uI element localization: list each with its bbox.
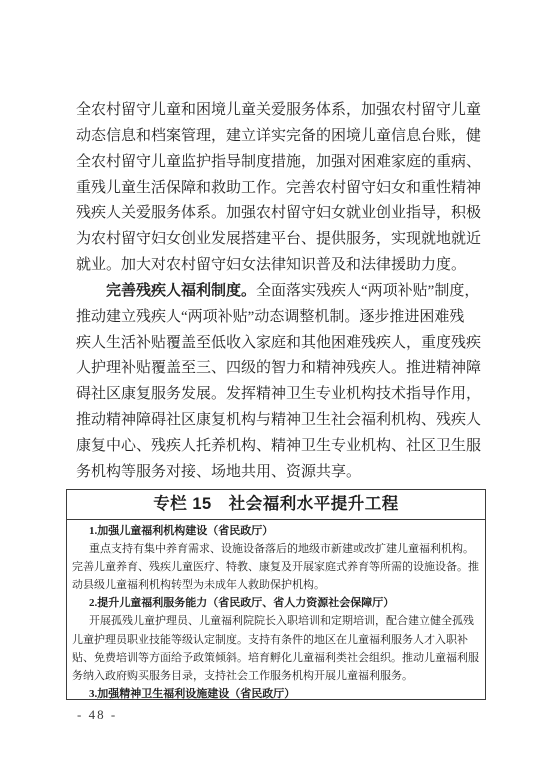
panel-item-heading: 2.提升儿童福利服务能力（省民政厅、省人力资源社会保障厅） xyxy=(72,594,480,612)
panel-text-line: 儿童护理员职业技能等级认定制度。支持有条件的地区在儿童福利服务人才入职补 xyxy=(72,631,480,649)
panel-item-heading: 1.加强儿童福利机构建设（省民政厅） xyxy=(72,522,480,540)
text-line: 完善残疾人福利制度。全面落实残疾人“两项补贴”制度， xyxy=(76,279,483,305)
text-line: 全农村留守儿童监护指导制度措施，加强对困难家庭的重病、 xyxy=(76,150,483,176)
column-panel: 专栏 15 社会福利水平提升工程 1.加强儿童福利机构建设（省民政厅） 重点支持… xyxy=(66,489,486,700)
paragraph-lead-bold: 完善残疾人福利制度。 xyxy=(106,283,256,299)
text-line: 务机构等服务对接、场地共用、资源共享。 xyxy=(76,460,483,486)
panel-text-line: 重点支持有集中养育需求、设施设备落后的地级市新建或改扩建儿童福利机构。 xyxy=(72,540,480,558)
text-line: 人护理补贴覆盖至三、四级的智力和精神残疾人。推进精神障 xyxy=(76,356,483,382)
text-line: 康复中心、残疾人托养机构、精神卫生专业机构、社区卫生服 xyxy=(76,434,483,460)
panel-title: 专栏 15 社会福利水平提升工程 xyxy=(67,490,485,520)
panel-text-line: 务纳入政府购买服务目录，支持社会工作服务机构开展儿童福利服务。 xyxy=(72,667,480,685)
text-line: 推动建立残疾人“两项补贴”动态调整机制。逐步推进困难残 xyxy=(76,305,483,331)
text-line: 残疾人关爱服务体系。加强农村留守妇女就业创业指导，积极 xyxy=(76,201,483,227)
panel-text-line: 动县级儿童福利机构转型为未成年人救助保护机构。 xyxy=(72,576,480,594)
panel-text-line: 完善儿童养育、残疾儿童医疗、特教、康复及开展家庭式养育等所需的设施设备。推 xyxy=(72,558,480,576)
panel-body: 1.加强儿童福利机构建设（省民政厅） 重点支持有集中养育需求、设施设备落后的地级… xyxy=(67,520,485,700)
body-text: 全农村留守儿童和困境儿童关爱服务体系，加强农村留守儿童 动态信息和档案管理，建立… xyxy=(76,98,483,486)
text-line: 动态信息和档案管理，建立详实完备的困境儿童信息台账，健 xyxy=(76,124,483,150)
text-line: 就业。加大对农村留守妇女法律知识普及和法律援助力度。 xyxy=(76,253,483,279)
text-line: 为农村留守妇女创业发展搭建平台、提供服务，实现就地就近 xyxy=(76,227,483,253)
document-page: 全农村留守儿童和困境儿童关爱服务体系，加强农村留守儿童 动态信息和档案管理，建立… xyxy=(0,0,550,777)
panel-item-heading: 3.加强精神卫生福利设施建设（省民政厅） xyxy=(72,685,480,700)
panel-text-line: 贴、免费培训等方面给予政策倾斜。培育孵化儿童福利类社会组织。推动儿童福利服 xyxy=(72,649,480,667)
page-number: - 48 - xyxy=(77,707,117,723)
panel-text-line: 开展孤残儿童护理员、儿童福利院院长入职培训和定期培训，配合建立健全孤残 xyxy=(72,612,480,630)
text-line: 重残儿童生活保障和救助工作。完善农村留守妇女和重性精神 xyxy=(76,176,483,202)
text-line: 全农村留守儿童和困境儿童关爱服务体系，加强农村留守儿童 xyxy=(76,98,483,124)
text-line: 推动精神障碍社区康复机构与精神卫生社会福利机构、残疾人 xyxy=(76,408,483,434)
text-line: 疾人生活补贴覆盖至低收入家庭和其他困难残疾人，重度残疾 xyxy=(76,331,483,357)
text-run: 全面落实残疾人“两项补贴”制度， xyxy=(256,283,479,299)
text-line: 碍社区康复服务发展。发挥精神卫生专业机构技术指导作用， xyxy=(76,382,483,408)
